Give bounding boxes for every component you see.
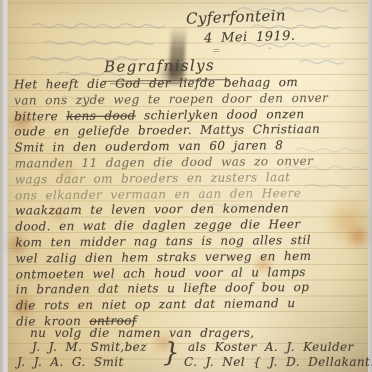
line-text: bittere <box>14 109 66 123</box>
header-date: 4 Mei 1919. <box>204 29 296 46</box>
line-text: schierlyken dood onzen <box>136 107 305 122</box>
bearer-name: J. J. M. Smit,bez <box>32 340 147 354</box>
bearers-intro: nu volg die namen van dragers, <box>30 326 255 340</box>
struck-word: kens dood <box>66 108 136 123</box>
letter-body: Het heeft die God der liefde behaag om v… <box>14 74 366 330</box>
photographed-document: Cyferfontein 4 Mei 1919. = - Begrafnisly… <box>0 0 372 372</box>
bearer-name: J. J. A. G. Smit <box>17 355 124 369</box>
grouping-brace: } <box>163 338 180 368</box>
bearer-name: C. J. Nel { J. D. Dellakant. <box>184 355 372 369</box>
header-place: Cyferfontein <box>186 6 287 27</box>
pencil-mark: - <box>268 43 271 54</box>
page-title: Begrafnislys <box>104 56 215 76</box>
bearer-name: als Koster A. J. Keulder <box>188 340 354 354</box>
